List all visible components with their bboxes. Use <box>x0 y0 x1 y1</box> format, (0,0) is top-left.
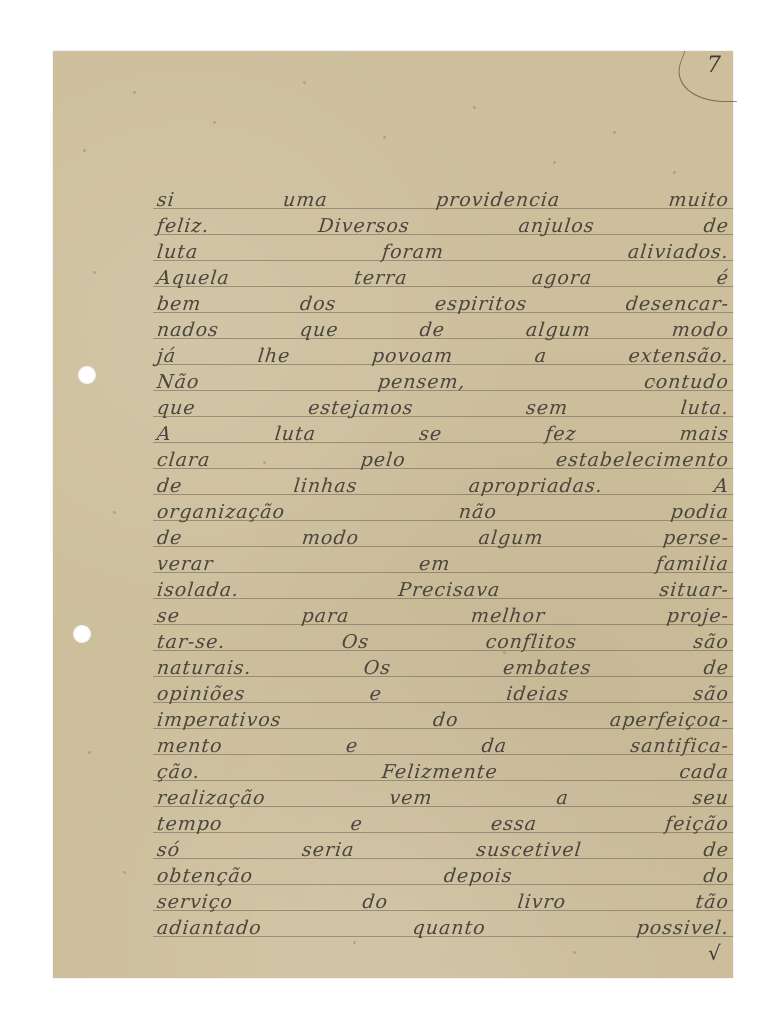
handwritten-word: mais <box>678 421 730 447</box>
text-line: feliz.Diversosanjulosde <box>156 213 731 239</box>
handwritten-word: verar <box>156 551 215 577</box>
hole-punch-bottom <box>73 625 91 643</box>
paper-speck <box>383 136 386 139</box>
text-line: tempoeessafeição <box>156 811 731 837</box>
text-line: separamelhorproje- <box>156 603 731 629</box>
text-line: sóseriasuscetivelde <box>156 837 731 863</box>
handwritten-word: são <box>692 681 730 707</box>
paper-speck <box>213 121 216 124</box>
handwritten-word: possivel. <box>635 915 730 941</box>
handwritten-word: Diversos <box>317 213 411 239</box>
handwritten-word: é <box>715 265 730 291</box>
handwritten-word: algum <box>477 525 545 551</box>
text-line: mentoedasantifica- <box>156 733 731 759</box>
handwritten-word: de <box>156 473 184 499</box>
handwritten-word: agora <box>531 265 594 291</box>
handwritten-word: estejamos <box>307 395 415 421</box>
handwritten-word: A <box>156 421 173 447</box>
handwritten-word: feição <box>664 811 730 837</box>
handwritten-word: sem <box>525 395 570 421</box>
handwritten-word: seu <box>691 785 730 811</box>
text-line: organizaçãonãopodia <box>156 499 731 525</box>
handwritten-word: do <box>361 889 389 915</box>
handwritten-word: modo <box>671 317 731 343</box>
text-line: lutaforamaliviados. <box>156 239 731 265</box>
text-line: jálhepovoamaextensão. <box>156 343 731 369</box>
handwritten-word: livro <box>516 889 567 915</box>
handwritten-word: e <box>349 811 364 837</box>
handwritten-word: Os <box>362 655 392 681</box>
handwritten-word: feliz. <box>156 213 211 239</box>
handwritten-word: si <box>156 187 177 213</box>
paper-speck <box>553 161 556 164</box>
handwritten-word: que <box>156 395 197 421</box>
text-line: demodoalgumperse- <box>156 525 731 551</box>
handwritten-word: a <box>555 785 570 811</box>
handwritten-word: isolada. <box>156 577 241 603</box>
handwritten-word: linhas <box>292 473 358 499</box>
handwritten-word: suscetivel <box>475 837 583 863</box>
handwritten-word: nados <box>156 317 221 343</box>
paper-speck <box>613 131 616 134</box>
handwritten-word: bem <box>156 291 203 317</box>
handwritten-word: a <box>533 343 548 369</box>
text-line: queestejamossemluta. <box>156 395 731 421</box>
text-line: imperativosdoaperfeiçoa- <box>156 707 731 733</box>
handwritten-word: Precisava <box>397 577 502 603</box>
handwritten-word: são <box>692 629 730 655</box>
handwritten-word: imperativos <box>156 707 283 733</box>
paper-speck <box>673 171 676 174</box>
handwritten-word: para <box>300 603 351 629</box>
handwritten-word: Felizmente <box>380 759 499 785</box>
text-line: opiniõeseideiassão <box>156 681 731 707</box>
handwritten-word: tempo <box>156 811 224 837</box>
paper-speck <box>93 271 96 274</box>
paper-speck <box>133 91 136 94</box>
handwritten-word: de <box>702 655 730 681</box>
handwritten-word: ideias <box>505 681 570 707</box>
handwritten-word: perse- <box>662 525 731 551</box>
handwritten-word: vem <box>388 785 434 811</box>
handwritten-word: muito <box>667 187 730 213</box>
text-line: isolada.Precisavasituar- <box>156 577 731 603</box>
paper-speck <box>473 106 476 109</box>
handwritten-word: proje- <box>665 603 730 629</box>
handwritten-word: aliviados. <box>627 239 731 265</box>
handwritten-word: de <box>702 213 730 239</box>
handwritten-word: opiniões <box>156 681 247 707</box>
handwritten-word: do <box>702 863 730 889</box>
handwritten-word: providencia <box>435 187 562 213</box>
paper-speck <box>303 81 306 84</box>
text-line: Alutasefezmais <box>156 421 731 447</box>
handwritten-word: de <box>418 317 446 343</box>
handwritten-word: tar-se. <box>156 629 227 655</box>
handwritten-word: dos <box>299 291 338 317</box>
handwritten-word: naturais. <box>156 655 253 681</box>
manuscript-page: 7 siumaprovidenciamuito feliz.Diversosan… <box>53 51 733 978</box>
handwritten-word: de <box>702 837 730 863</box>
text-line: realizaçãovemaseu <box>156 785 731 811</box>
handwritten-word: do <box>432 707 460 733</box>
handwritten-word: se <box>418 421 444 447</box>
text-line: delinhasapropriadas.A <box>156 473 731 499</box>
text-line: bemdosespiritosdesencar- <box>156 291 731 317</box>
handwritten-word: Aquela <box>156 265 232 291</box>
text-line: adiantadoquantopossivel. <box>156 915 731 941</box>
paper-speck <box>573 951 576 954</box>
handwritten-word: já <box>156 343 178 369</box>
handwritten-word: familia <box>655 551 731 577</box>
handwritten-word: seria <box>301 837 356 863</box>
page-number: 7 <box>707 53 721 78</box>
handwritten-word: cada <box>678 759 730 785</box>
handwritten-word: que <box>299 317 340 343</box>
handwritten-word: fez <box>544 421 578 447</box>
handwritten-word: luta <box>156 239 200 265</box>
text-line: tar-se.Osconflitossão <box>156 629 731 655</box>
handwritten-word: luta <box>273 421 317 447</box>
handwritten-word: embates <box>502 655 593 681</box>
handwritten-word: da <box>480 733 508 759</box>
text-line: serviçodolivrotão <box>156 889 731 915</box>
handwritten-word: ção. <box>156 759 202 785</box>
handwritten-word: melhor <box>470 603 547 629</box>
handwritten-word: organização <box>156 499 287 525</box>
handwritten-word: realização <box>156 785 267 811</box>
handwritten-word: foram <box>381 239 446 265</box>
paper-speck <box>83 149 86 152</box>
paper-speck <box>113 511 116 514</box>
handwritten-word: anjulos <box>517 213 596 239</box>
handwritten-word: situar- <box>658 577 730 603</box>
text-line: veraremfamilia <box>156 551 731 577</box>
text-line: clarapeloestabelecimento <box>156 447 731 473</box>
handwritten-word: se <box>156 603 182 629</box>
handwritten-word: de <box>156 525 184 551</box>
handwritten-word: povoam <box>371 343 455 369</box>
hole-punch-top <box>78 366 96 384</box>
paper-speck <box>353 941 356 944</box>
text-line: ção.Felizmentecada <box>156 759 731 785</box>
handwritten-word: aperfeiçoa- <box>609 707 731 733</box>
handwritten-word: adiantado <box>156 915 263 941</box>
handwritten-word: clara <box>156 447 212 473</box>
handwritten-word: essa <box>490 811 539 837</box>
handwritten-word: pensem, <box>377 369 467 395</box>
text-line: nadosquedealgummodo <box>156 317 731 343</box>
handwritten-word: Os <box>341 629 371 655</box>
handwritten-word: serviço <box>156 889 235 915</box>
handwritten-word: só <box>156 837 182 863</box>
paper-speck <box>88 751 91 754</box>
handwritten-word: luta. <box>679 395 730 421</box>
handwritten-word: e <box>345 733 360 759</box>
handwritten-word: terra <box>353 265 409 291</box>
text-line: siumaprovidenciamuito <box>156 187 731 213</box>
handwritten-word: contudo <box>643 369 731 395</box>
paper-speck <box>123 871 126 874</box>
check-mark-icon: √ <box>708 941 721 965</box>
handwritten-word: quanto <box>411 915 487 941</box>
text-line: obtençãodepoisdo <box>156 863 731 889</box>
handwritten-word: e <box>368 681 383 707</box>
handwritten-word: uma <box>282 187 329 213</box>
handwritten-word: lhe <box>256 343 291 369</box>
handwritten-word: mento <box>156 733 224 759</box>
text-line: Nãopensem,contudo <box>156 369 731 395</box>
handwritten-word: não <box>458 499 499 525</box>
handwritten-word: estabelecimento <box>555 447 731 473</box>
handwritten-word: Não <box>156 369 201 395</box>
handwritten-word: desencar- <box>625 291 731 317</box>
handwritten-word: extensão. <box>627 343 730 369</box>
handwritten-word: conflitos <box>484 629 578 655</box>
text-line: naturais.Osembatesde <box>156 655 731 681</box>
handwritten-word: modo <box>301 525 361 551</box>
handwritten-word: pelo <box>359 447 407 473</box>
handwritten-word: obtenção <box>156 863 255 889</box>
text-line: Aquelaterraagoraé <box>156 265 731 291</box>
handwritten-word: espiritos <box>434 291 529 317</box>
handwritten-word: em <box>418 551 452 577</box>
handwritten-word: algum <box>525 317 593 343</box>
handwritten-word: A <box>713 473 730 499</box>
handwritten-word: tão <box>694 889 730 915</box>
handwritten-word: podia <box>669 499 730 525</box>
handwritten-word: santifica- <box>629 733 730 759</box>
handwritten-word: apropriadas. <box>468 473 605 499</box>
handwritten-word: depois <box>442 863 514 889</box>
